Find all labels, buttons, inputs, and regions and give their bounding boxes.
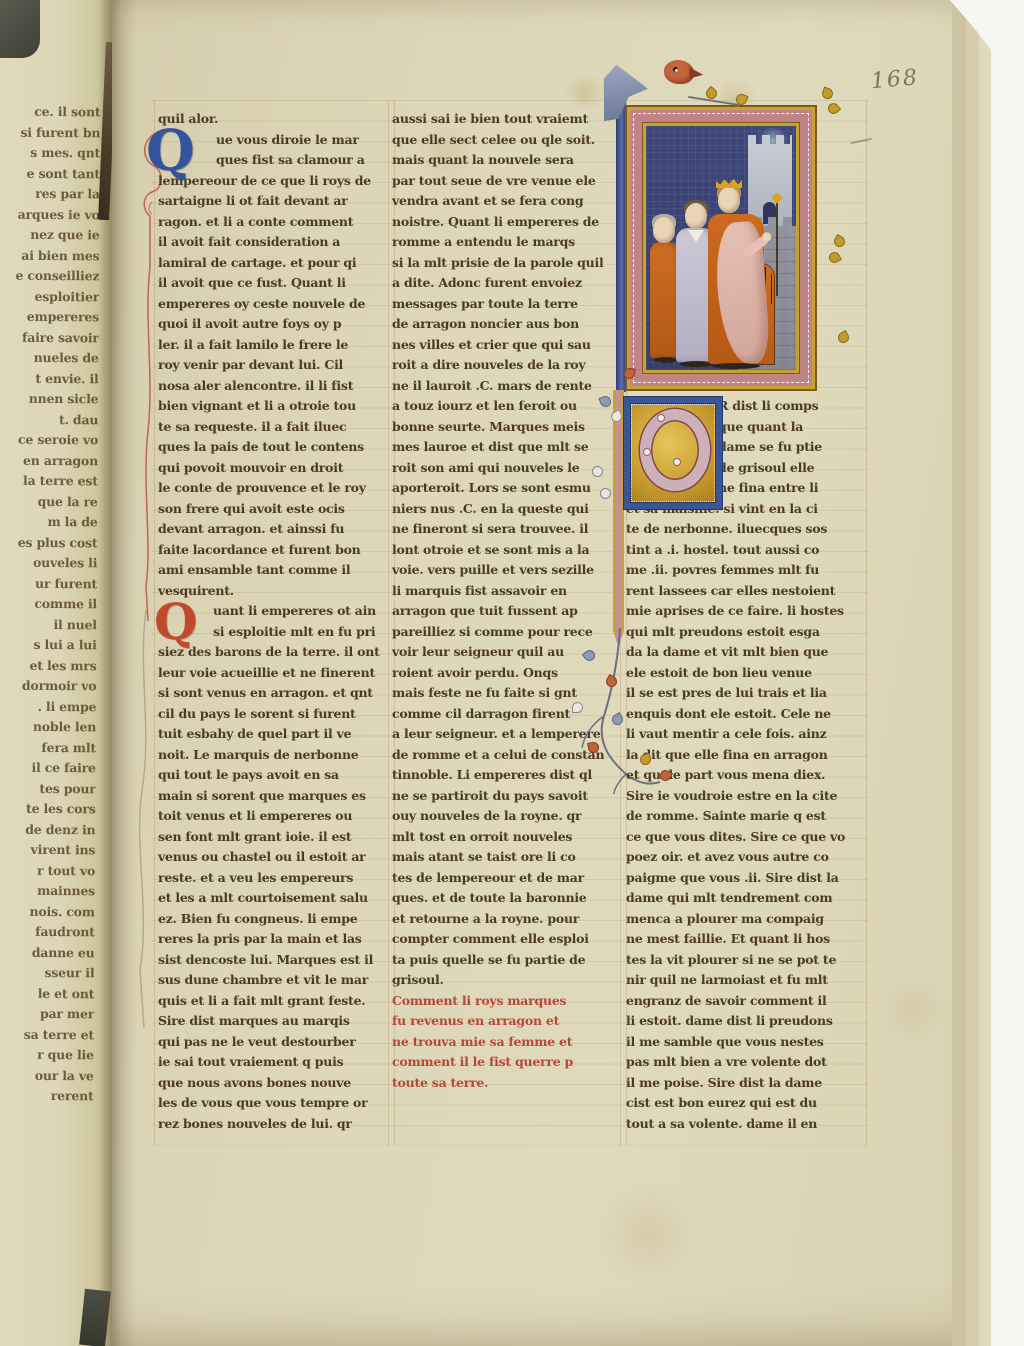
rubric-line: ne trouva mie sa femme et [392,1032,624,1053]
text-line: faire savoir [2,327,99,348]
text-line: reste. et a veu les empereurs [158,868,396,889]
text-line: m la de [1,512,98,533]
crown [716,176,742,188]
text-line: sist dencoste lui. Marques est il [158,950,396,971]
text-line: mie aprises de ce faire. li hostes [626,601,866,622]
flower-ornament [674,459,680,465]
text-line: arques ie vo [3,204,100,225]
text-line: ne il lauroit .C. mars de rente [392,376,624,397]
page-edge-band [979,0,991,1346]
text-line: ami ensamble tant comme il [158,560,396,581]
text-line: nosa aler alencontre. il li fist [158,376,396,397]
text-line: grisoul. [392,970,624,991]
text-line: ez. Bien fu congneus. li empe [158,909,396,930]
text-line: li vaut mentir a cele fois. ainz [626,724,866,745]
text-line: mais atant se taist ore li co [392,847,624,868]
text-line: le conte de prouvence et le roy [158,478,396,499]
text-line: main si sorent que marques es [158,786,396,807]
text-line: menca a plourer ma compaig [626,909,866,930]
text-line: bien vignant et li a otroie tou [158,396,396,417]
text-line: cist est bon eurez qui est du [626,1093,866,1114]
text-line: Sire dist marques au marqis [158,1011,396,1032]
text-line: poez oir. et avez vous autre co [626,847,866,868]
text-line: en arragon [1,450,98,471]
text-line: ele estoit de bon lieu venue [626,663,866,684]
face [718,187,740,213]
text-line: nez que ie [3,225,100,246]
text-line: et retourne a la royne. pour [392,909,624,930]
text-line: ue vous diroie le mar [216,130,396,151]
text-line: tuit esbahy de quel part il ve [158,724,396,745]
text-line: t envie. il [2,368,99,389]
text-line: que elle sect celee ou qle soit. [392,130,624,151]
text-line: our la ve [0,1065,94,1086]
text-column-1: Q Q quil alor. ue vous diroie le marques… [158,109,396,1134]
text-line: de denz in [0,819,95,840]
text-line: ragon. et li a conte comment [158,212,396,233]
text-line: la dit que elle fina en arragon [626,745,866,766]
text-line: qui tout le pays avoit en sa [158,765,396,786]
text-line: noit. Le marquis de nerbonne [158,745,396,766]
text-line: mainnes [0,881,95,902]
text-line: de romme. Sainte marie q est [626,806,866,827]
text-line: r que lie [0,1045,94,1066]
text-line: fera mlt [0,737,96,758]
text-line: qui povoit mouvoir en droit [158,458,396,479]
text-line: par mer [0,1004,94,1025]
text-line: il me samble que vous nestes [626,1032,866,1053]
text-line: s lui a lui [0,635,97,656]
text-line: mlt tost en orroit nouveles [392,827,624,848]
text-line: da la dame et vit mlt bien que [626,642,866,663]
rubric-line: toute sa terre. [392,1073,624,1094]
illuminated-initial-Q-red: Q [154,597,197,647]
text-line: ouy nouveles de la royne. qr [392,806,624,827]
text-line: rent lassees car elles nestoient [626,581,866,602]
text-line: de arragon noncier aus bon [392,314,624,335]
text-line: nnen sicle [1,389,98,410]
text-line: ai bien mes [2,245,99,266]
text-line: tes de lempereour et de mar [392,868,624,889]
text-line: sartaigne li ot fait devant ar [158,191,396,212]
text-line: me .ii. povres femmes mlt fu [626,560,866,581]
text-line: ie sai tout vraiement q puis [158,1052,396,1073]
text-line: esploitier [2,286,99,307]
text-line: nueles de [2,348,99,369]
text-line: voie. vers puille et vers sezille [392,560,624,581]
text-line: nois. com [0,901,95,922]
text-line: il avoit que ce fust. Quant li [158,273,396,294]
text-line: que quant la [718,417,866,438]
text-line: ne fina entre li [718,478,866,499]
text-line: dormoir vo [0,676,96,697]
text-line: R dist li comps [718,396,866,417]
text-line: romme a entendu le marqs [392,232,624,253]
collar [688,230,704,242]
text-line: sa terre et [0,1024,94,1045]
text-line: ce seroie vo [1,430,98,451]
illuminated-initial-O [624,397,722,509]
text-line: dame se fu ptie [718,437,866,458]
text-line: te sa requeste. il a fait iluec [158,417,396,438]
text-line: aporteroit. Lors se sont esmu [392,478,624,499]
text-line: qui mlt preudons estoit esga [626,622,866,643]
text-line: mais quant la nouvele sera [392,150,624,171]
text-line: te les cors [0,799,96,820]
miniature-scene [646,126,796,370]
text-line: rez bones nouveles de lui. qr [158,1114,396,1135]
text-line: vendra avant et se fera cong [392,191,624,212]
text-line: tes pour [0,778,96,799]
miniature-frame [626,106,816,390]
text-line: de grisoul elle [718,458,866,479]
rubric-line: fu revenus en arragon et [392,1011,624,1032]
text-line: devant arragon. et ainssi fu [158,519,396,540]
text-line: empereres [2,307,99,328]
text-line: nes villes et crier que qui sau [392,335,624,356]
text-line: ouveles li [0,553,97,574]
text-column-2: aussi sai ie bien tout vraiemtque elle s… [392,109,624,1093]
text-line: a touz iourz et len feroit ou [392,396,624,417]
column-2-text: aussi sai ie bien tout vraiemtque elle s… [392,109,624,991]
text-line: mes lauroe et dist que mlt se [392,437,624,458]
text-line: rerent [0,1086,94,1107]
page-edge-band [966,0,979,1346]
rubric-line: comment il le fist querre p [392,1052,624,1073]
text-line: te de nerbonne. iluecques sos [626,519,866,540]
face [685,203,707,229]
penwork-flourish-sepia [130,610,160,1030]
text-line: si furent bn [3,122,100,143]
text-line: e sont tant [3,163,100,184]
text-line: niers nus .C. en la queste qui [392,499,624,520]
dragon-eye [673,67,678,72]
flower-ornament [644,449,650,455]
text-line: tint a .i. hostel. tout aussi co [626,540,866,561]
sceptre [776,200,778,296]
text-line: il se est pres de lui trais et lia [626,683,866,704]
text-line: venus ou chastel ou il estoit ar [158,847,396,868]
text-line: ques la pais de tout le contens [158,437,396,458]
text-line: virent ins [0,840,95,861]
paragraph-1: lempereour de ce que li roys desartaigne… [158,171,396,602]
text-line: ce. il sont [3,102,100,123]
text-line: roit son ami qui nouveles le [392,458,624,479]
text-line: il nuel [0,614,97,635]
text-line: a dite. Adonc furent envoiez [392,273,624,294]
penwork-curl [592,466,603,477]
text-line: faite lacordance et furent bon [158,540,396,561]
text-line: faudront [0,922,95,943]
text-line: sen font mlt grant ioie. il est [158,827,396,848]
text-line: si la mlt prisie de la parole quil [392,253,624,274]
face [653,217,675,243]
text-line: reres la pris par la main et las [158,929,396,950]
binding-cover-top-left [0,0,40,58]
text-line: et les mrs [0,655,97,676]
paragraph-2: siez des barons de la terre. il ontleur … [158,642,396,1134]
text-line: il ce faire [0,758,96,779]
text-line: danne eu [0,942,95,963]
text-line: que nous avons bones nouve [158,1073,396,1094]
text-line: que la re [1,491,98,512]
text-line: et les a mlt courtoisement salu [158,888,396,909]
text-line: e conseilliez [2,266,99,287]
text-line: li estoit. dame dist li preudons [626,1011,866,1032]
text-line: paigme que vous .ii. Sire dist la [626,868,866,889]
text-line: ne mest faillie. Et quant li hos [626,929,866,950]
text-line: r tout vo [0,860,95,881]
text-line: arragon que tuit fussent ap [392,601,624,622]
feet [712,363,760,369]
text-line: ques fist sa clamour a [216,150,396,171]
flower-ornament [658,415,664,421]
text-line: es plus cost [0,532,97,553]
text-line: roit a dire nouveles de la roy [392,355,624,376]
text-line: tout a sa volente. dame il en [626,1114,866,1135]
text-line: leur voie acueillie et ne finerent [158,663,396,684]
text-line: pas mlt bien a vre volente dot [626,1052,866,1073]
text-line: s mes. qnt [3,143,100,164]
rubric-red-text: Comment li roys marquesfu revenus en arr… [392,991,624,1094]
dragon-grotesque-head [664,60,694,84]
text-line: roy venir par devant lui. Cil [158,355,396,376]
text-line: bonne seurte. Marques meis [392,417,624,438]
text-line: par tout seue de vre venue ele [392,171,624,192]
text-line: compter comment elle esploi [392,929,624,950]
text-line: les de vous que vous tempre or [158,1093,396,1114]
initial-letter-O [640,409,710,491]
illuminated-initial-Q-blue: Q [146,123,195,179]
column-3-text: et sa maisnie. si vint en la cite de ner… [626,499,866,1135]
text-line: si sont venus en arragon. et qnt [158,683,396,704]
battlements [748,135,792,144]
text-line: comme il [0,594,97,615]
text-line: tes la vit plourer si ne se pot te [626,950,866,971]
text-line: res par la [3,184,100,205]
text-line: messages par toute la terre [392,294,624,315]
text-line: noble len [0,717,96,738]
text-line: nir quil ne larmoiast et fu mlt [626,970,866,991]
text-line: uant li empereres ot ain [213,601,396,622]
text-line: toit venus et li empereres ou [158,806,396,827]
ruling-vertical [866,100,867,1146]
text-column-3: R dist li compsque quant ladame se fu pt… [626,396,866,1134]
text-line: il me poise. Sire dist la dame [626,1073,866,1094]
feet [654,357,678,363]
text-line: ne fineront si sera trouvee. il [392,519,624,540]
text-line: ce que vous dites. Sire ce que vo [626,827,866,848]
text-line: aussi sai ie bien tout vraiemt [392,109,624,130]
text-line: il avoit fait consideration a [158,232,396,253]
text-line: noistre. Quant li empereres de [392,212,624,233]
page-edge-band [952,0,966,1346]
manuscript-photo: ce. il sontsi furent bns mes. qnte sont … [0,0,1024,1346]
text-line: t. dau [1,409,98,430]
text-line: li marquis fist assavoir en [392,581,624,602]
text-line: Sire ie voudroie estre en la cite [626,786,866,807]
text-line: ler. il a fait lamilo le frere le [158,335,396,356]
figure-king [708,214,764,364]
facing-page-text-fragments: ce. il sontsi furent bns mes. qnte sont … [0,102,101,1107]
text-line: enquis dont ele estoit. Cele ne [626,704,866,725]
text-line: engranz de savoir comment il [626,991,866,1012]
text-line: quis et li a fait mlt grant feste. [158,991,396,1012]
text-line: si esploitie mlt en fu pri [213,622,396,643]
text-line: son frere qui avoit este ocis [158,499,396,520]
text-line: quoi il avoit autre foys oy p [158,314,396,335]
rubric-line: Comment li roys marques [392,991,624,1012]
text-line: . li empe [0,696,96,717]
folio-number: 168 [870,59,994,121]
penwork-curl [600,488,611,499]
text-line: le et ont [0,983,94,1004]
text-line: la terre est [1,471,98,492]
text-line: ur furent [0,573,97,594]
text-line: dame qui mlt tendrement com [626,888,866,909]
text-line: cil du pays le sorent si furent [158,704,396,725]
text-line: lamiral de cartage. et pour qi [158,253,396,274]
text-line: empereres oy ceste nouvele de [158,294,396,315]
text-line: sseur il [0,963,94,984]
text-line: ta puis quelle se fu partie de [392,950,624,971]
text-line: qui pas ne le veut destourber [158,1032,396,1053]
text-line: sus dune chambre et vit le mar [158,970,396,991]
text-line: ques. et de toute la baronnie [392,888,624,909]
text-line: lont otroie et se sont mis a la [392,540,624,561]
